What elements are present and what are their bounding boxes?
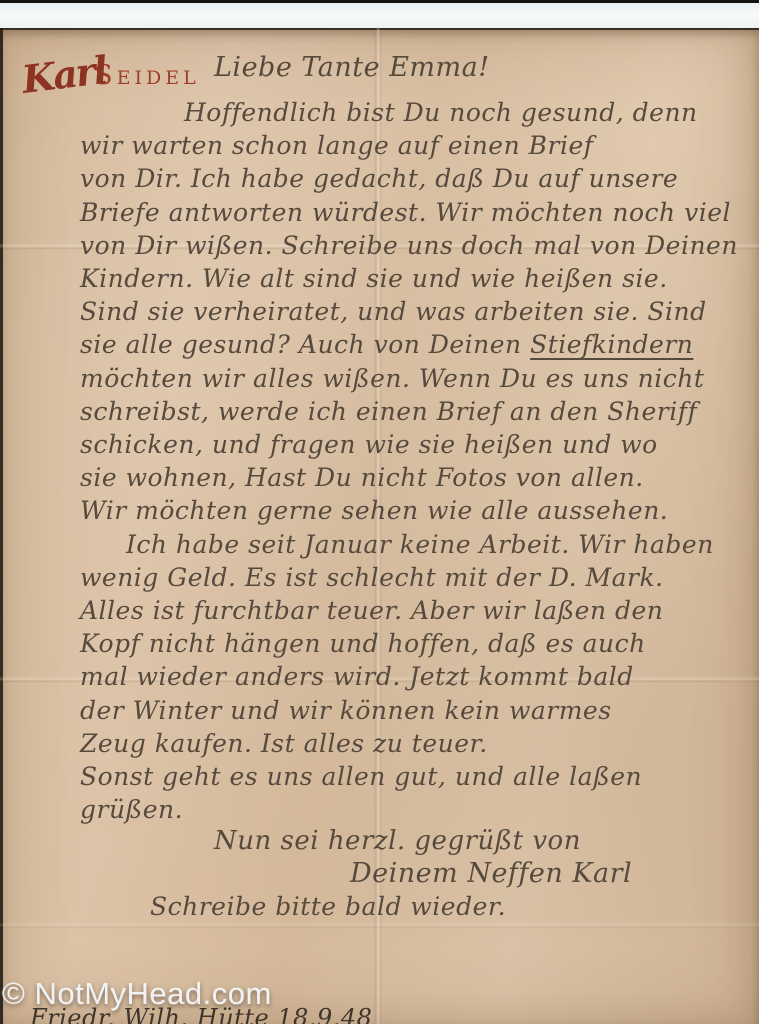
fold-crease-horizontal-bottom [0,922,759,929]
letter-line: Kindern. Wie alt sind sie und wie heißen… [80,262,745,295]
letter-line: Ich habe seit Januar keine Arbeit. Wir h… [80,528,745,561]
letter-line: Briefe antworten würdest. Wir möchten no… [80,196,745,229]
scanner-edge-left [0,28,3,1024]
letter-line: schreibst, werde ich einen Brief an den … [80,395,745,428]
letterhead-script-name: Karl [20,51,108,99]
letter-line: mal wieder anders wird. Jetzt kommt bald [80,660,745,693]
letter-line: wir warten schon lange auf einen Brief [80,129,745,162]
closing-line: Nun sei herzl. gegrüßt von [214,826,581,856]
letter-line: Hoffendlich bist Du noch gesund, denn [80,96,745,129]
letter-line: Wir möchten gerne sehen wie alle aussehe… [80,494,745,527]
letter-line: der Winter und wir können kein warmes [80,694,745,727]
letter-body: Hoffendlich bist Du noch gesund, denn wi… [80,96,745,826]
letter-line: möchten wir alles wißen. Wenn Du es uns … [80,362,745,395]
scanner-background-strip [0,3,759,28]
letter-line: von Dir. Ich habe gedacht, daß Du auf un… [80,162,745,195]
letterhead: KarlSeidel [22,56,200,94]
letter-line: Kopf nicht hängen und hoffen, daß es auc… [80,627,745,660]
salutation: Liebe Tante Emma! [214,52,490,83]
letterhead-printed-name: Seidel [94,60,200,91]
signature-line: Deinem Neffen Karl [350,858,632,889]
underlined-word: Stiefkindern [530,330,693,359]
letter-line: von Dir wißen. Schreibe uns doch mal von… [80,229,745,262]
scanned-letter: KarlSeidel Liebe Tante Emma! Hoffendlich… [0,0,759,1024]
letter-line: Zeug kaufen. Ist alles zu teuer. [80,727,745,760]
postscript-line: Schreibe bitte bald wieder. [150,892,506,921]
letter-line-with-underline: sie alle gesund? Auch von Deinen Stiefki… [80,328,745,361]
letter-line: Sonst geht es uns allen gut, und alle la… [80,760,745,793]
letter-line: schicken, und fragen wie sie heißen und … [80,428,745,461]
watermark: © NotMyHead.com [2,976,272,1012]
letter-line: Sind sie verheiratet, und was arbeiten s… [80,295,745,328]
letter-line: wenig Geld. Es ist schlecht mit der D. M… [80,561,745,594]
letter-line: Alles ist furchtbar teuer. Aber wir laße… [80,594,745,627]
letter-line-text: sie alle gesund? Auch von Deinen [80,330,530,359]
letter-line: sie wohnen, Hast Du nicht Fotos von alle… [80,461,745,494]
letter-line: grüßen. [80,793,745,826]
